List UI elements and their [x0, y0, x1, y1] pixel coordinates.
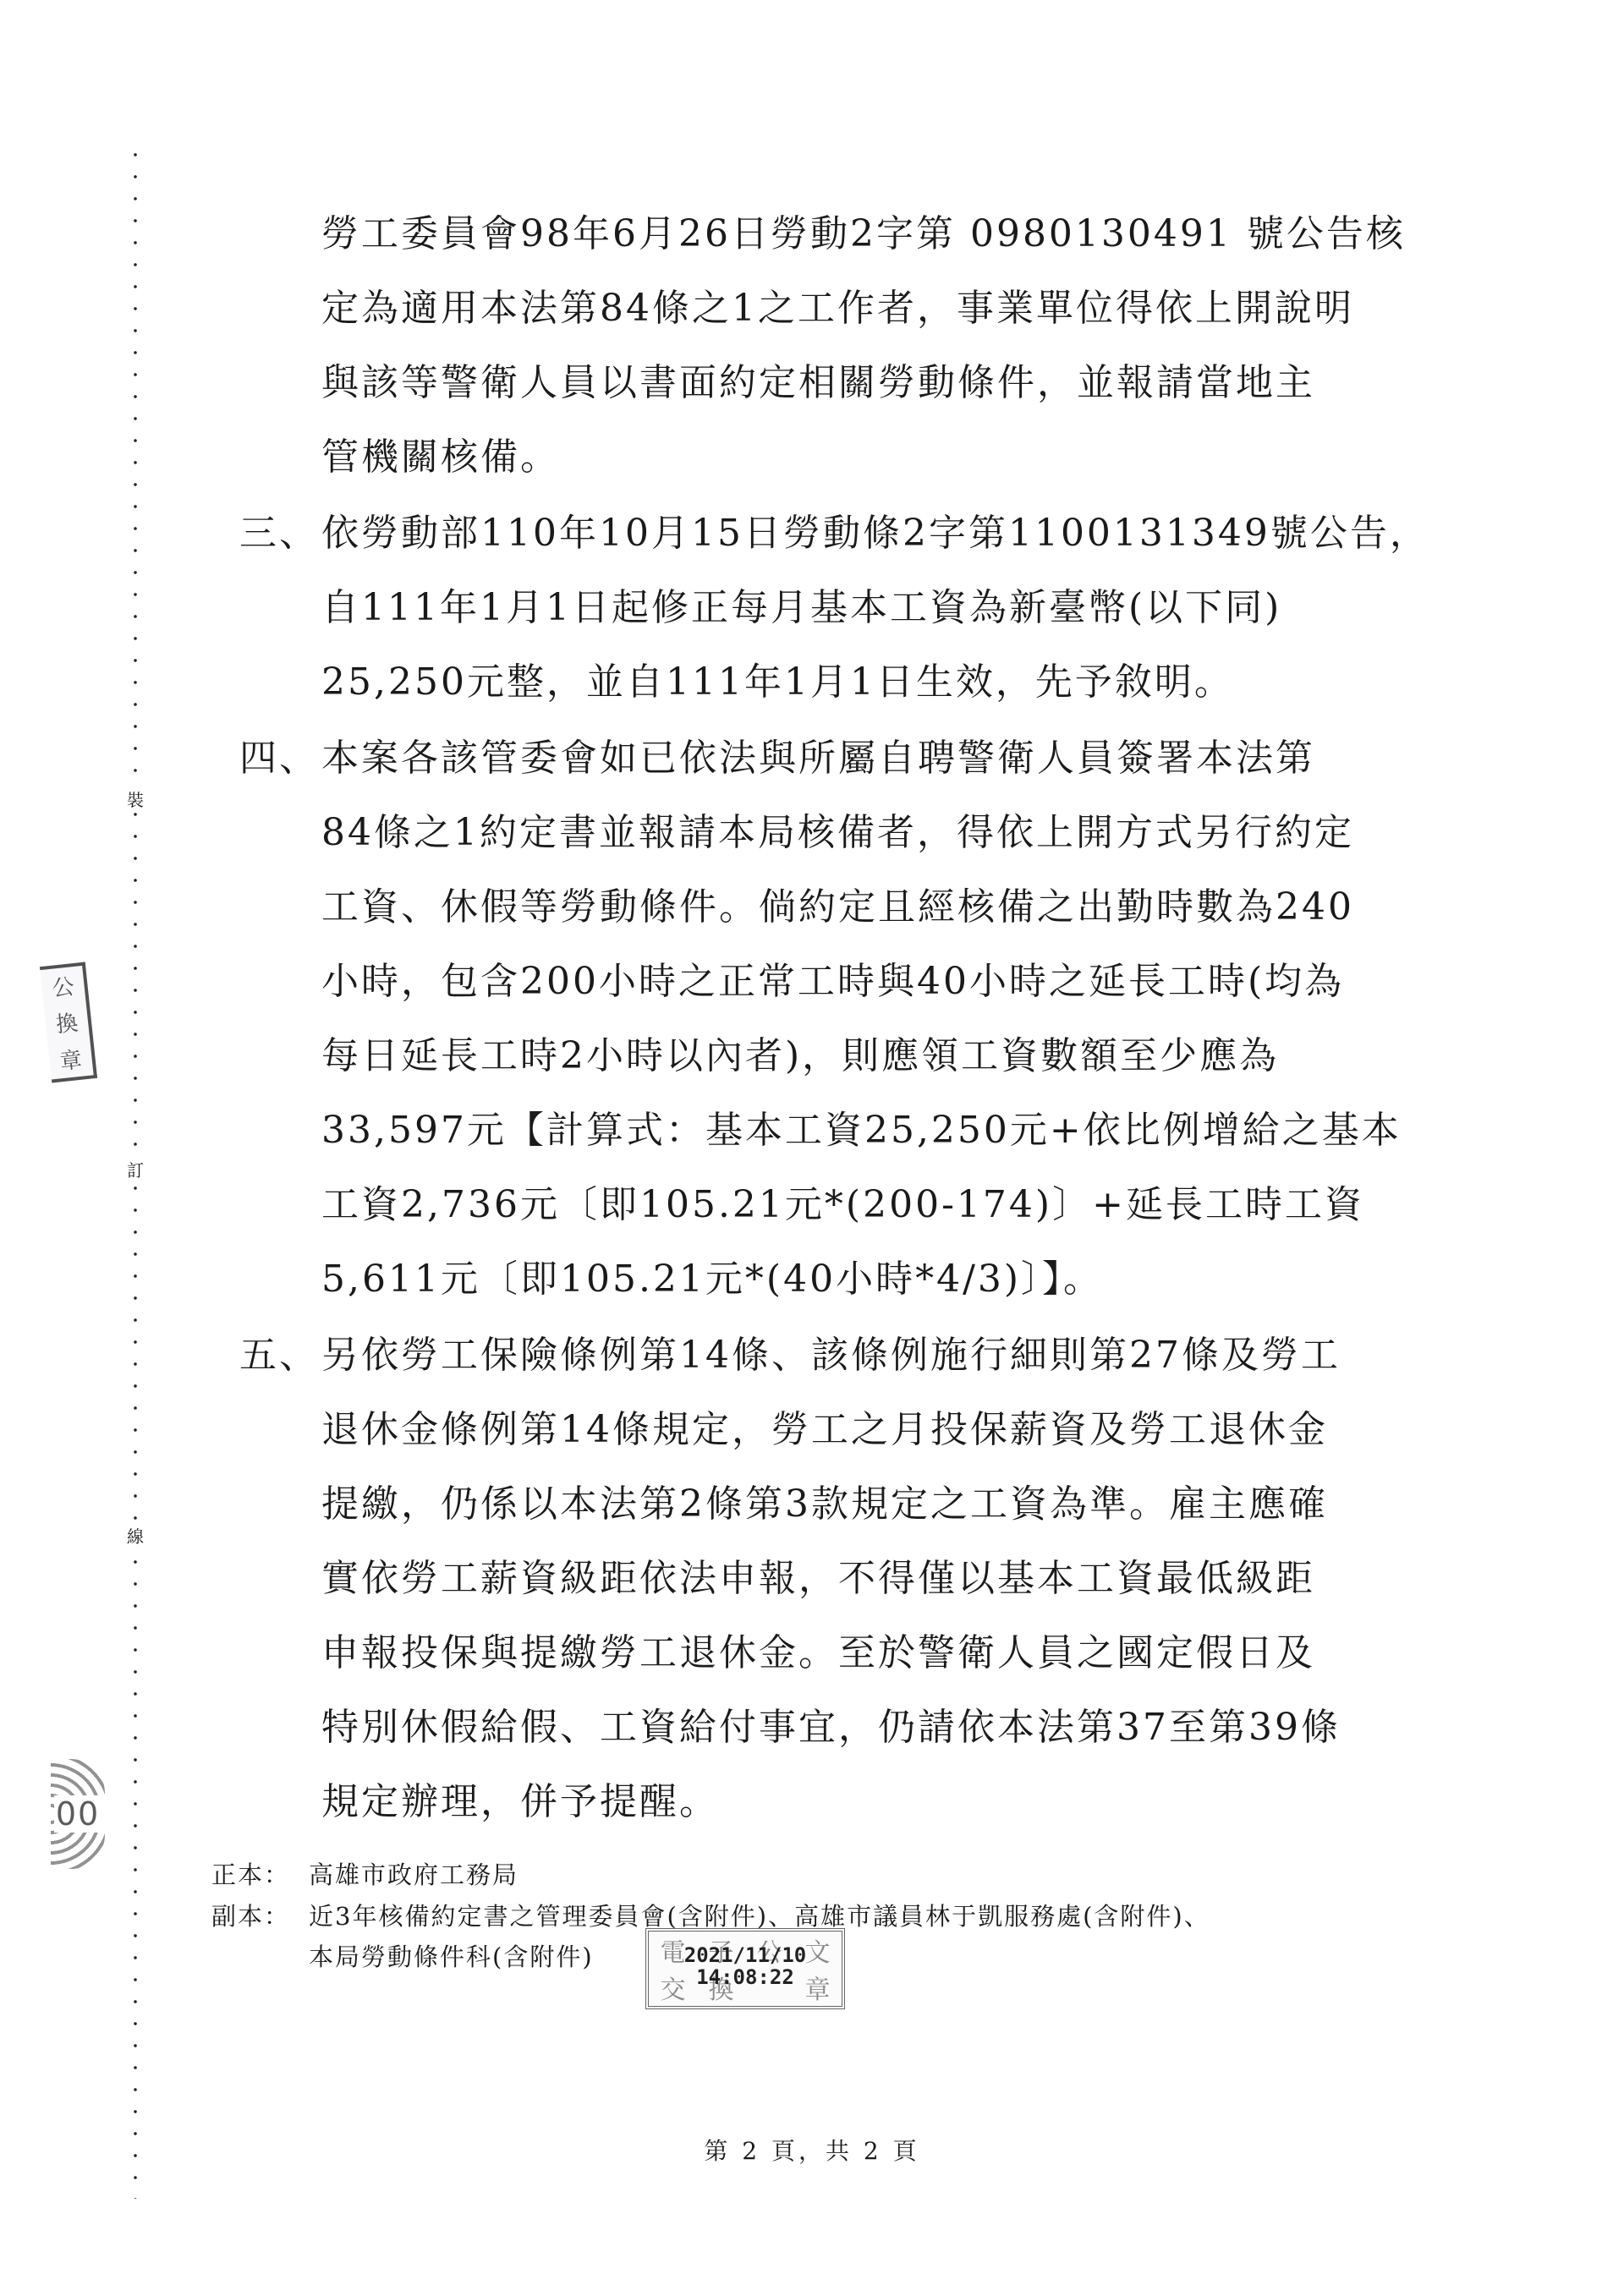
paragraph-line: 提繳，仍係以本法第2條第3款規定之工資為準。雇主應確 — [321, 1473, 1328, 1527]
paragraph-line: 工資、休假等勞動條件。倘約定且經核備之出勤時數為240 — [321, 876, 1354, 930]
paragraph-line: 規定辦理，併予提醒。 — [321, 1771, 719, 1825]
paragraph-line: 另依勞工保險條例第14條、該條例施行細則第27條及勞工 — [321, 1324, 1341, 1378]
paragraph-line: 管機關核備。 — [321, 426, 560, 480]
stamp-char: 章 — [58, 1043, 84, 1077]
paragraph-line: 84條之1約定書並報請本局核備者，得依上開方式另行約定 — [321, 802, 1354, 856]
paragraph-line: 與該等警衛人員以書面約定相關勞動條件，並報請當地主 — [321, 352, 1315, 406]
electronic-exchange-stamp: 電 子 公 文 交 換 章 2021/11/10 14:08:22 — [645, 1928, 845, 2009]
binding-mark-xian: 線 — [125, 1526, 145, 1547]
seal-stamp-partial: 00 — [51, 1759, 105, 1869]
seal-text: 00 — [54, 1795, 101, 1833]
paragraph-line: 每日延長工時2小時以內者)，則應領工資數額至少應為 — [321, 1025, 1279, 1079]
exchange-stamp-partial: 公 換 章 — [40, 962, 97, 1083]
paragraph-line: 小時，包含200小時之正常工時與40小時之延長工時(均為 — [321, 951, 1344, 1005]
paragraph-line: 自111年1月1日起修正每月基本工資為新臺幣(以下同) — [321, 577, 1281, 631]
stamp-char: 公 — [51, 969, 76, 1003]
paragraph-line: 退休金條例第14條規定，勞工之月投保薪資及勞工退休金 — [321, 1399, 1328, 1453]
paragraph-line: 依勞動部110年10月15日勞動條2字第1100131349號公告， — [321, 502, 1429, 556]
paragraph-line: 特別休假給假、工資給付事宜，仍請依本法第37至第39條 — [321, 1696, 1341, 1751]
paragraph-number: 四、 — [239, 727, 319, 781]
paragraph-line: 5,611元〔即105.21元*(40小時*4/3)〕】。 — [321, 1248, 1103, 1302]
paragraph-line: 定為適用本法第84條之1之工作者，事業單位得依上開說明 — [321, 277, 1354, 332]
original-recipient-label: 正本： — [211, 1856, 290, 1891]
paragraph-line: 25,250元整，並自111年1月1日生效，先予敘明。 — [321, 651, 1234, 705]
paragraph-number: 三、 — [239, 502, 319, 556]
stamp-char: 換 — [54, 1006, 80, 1039]
stamp-date: 2021/11/10 — [649, 1943, 842, 1967]
binding-mark-zhuang: 裝 — [125, 790, 145, 810]
copies-line-2: 本局勞動條件科(含附件) — [309, 1938, 594, 1973]
page-indicator: 第 2 頁，共 2 頁 — [0, 2133, 1624, 2167]
copies-label: 副本： — [211, 1898, 290, 1932]
paragraph-line: 勞工委員會98年6月26日勞動2字第 0980130491 號公告核 — [321, 203, 1406, 257]
paragraph-line: 33,597元【計算式：基本工資25,250元+依比例增給之基本 — [321, 1099, 1402, 1153]
paragraph-number: 五、 — [239, 1324, 319, 1378]
paragraph-line: 工資2,736元〔即105.21元*(200-174)〕+延長工時工資 — [321, 1174, 1364, 1228]
stamp-time: 14:08:22 — [649, 1965, 842, 1989]
paragraph-line: 實依勞工薪資級距依法申報，不得僅以基本工資最低級距 — [321, 1548, 1315, 1602]
original-recipient: 高雄市政府工務局 — [309, 1856, 518, 1891]
paragraph-line: 申報投保與提繳勞工退休金。至於警衛人員之國定假日及 — [321, 1622, 1315, 1676]
paragraph-line: 本案各該管委會如已依法與所屬自聘警衛人員簽署本法第 — [321, 727, 1315, 781]
copies-line-1: 近3年核備約定書之管理委員會(含附件)、高雄市議員林于凱服務處(含附件)、 — [309, 1898, 1210, 1932]
binding-mark-ding: 訂 — [125, 1160, 145, 1181]
